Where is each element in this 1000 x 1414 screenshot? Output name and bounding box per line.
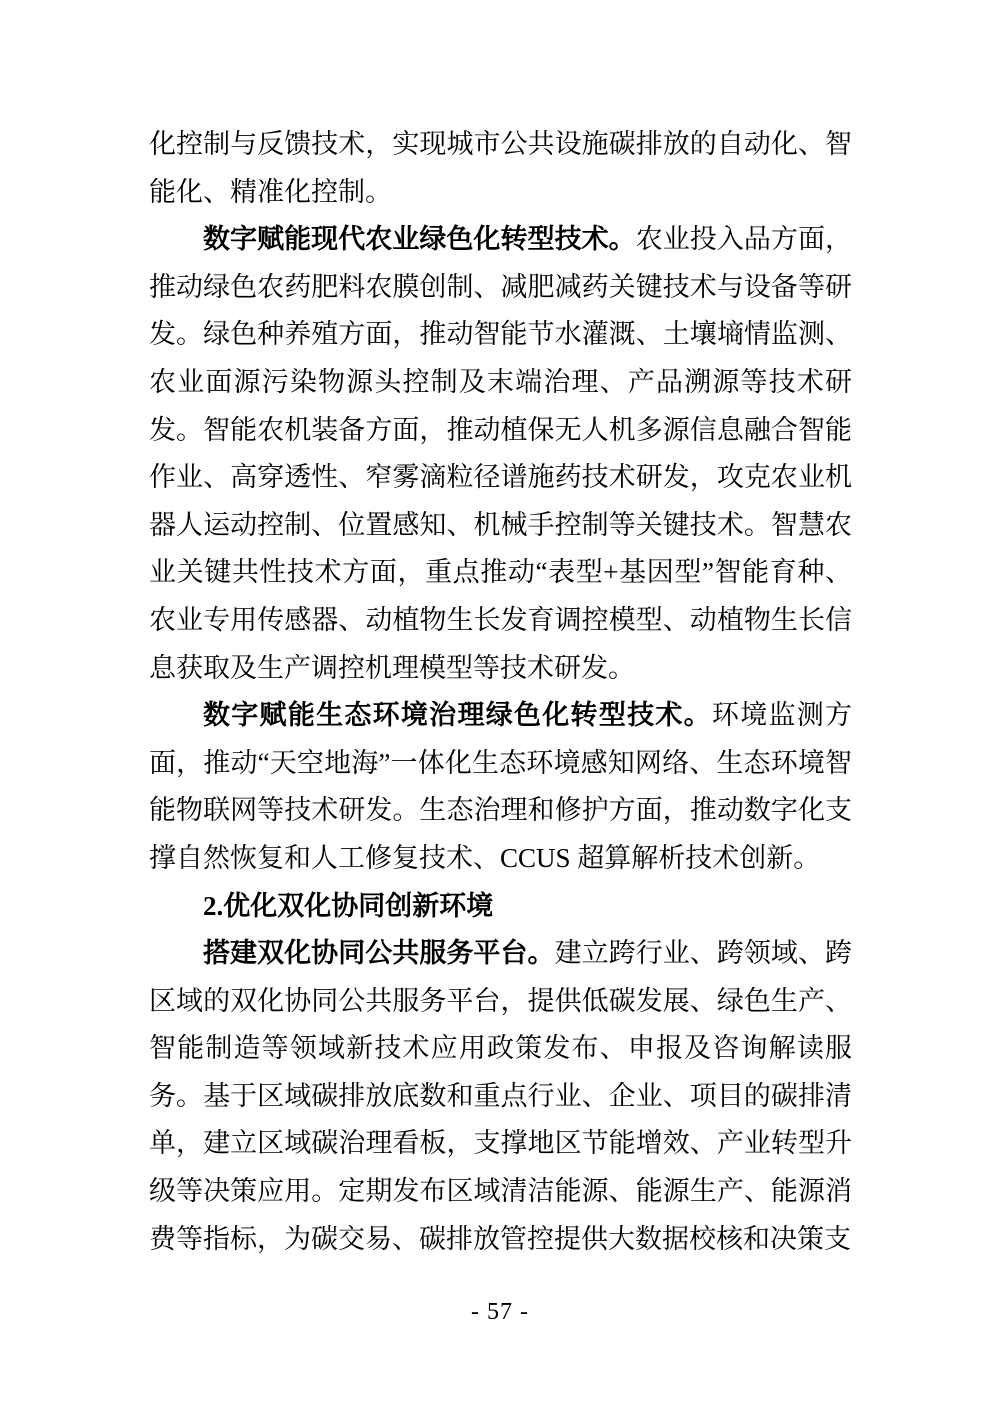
paragraph-service-platform: 搭建双化协同公共服务平台。建立跨行业、跨领域、跨区域的双化协同公共服务平台，提供… [149,930,852,1263]
paragraph-body: 农业投入品方面，推动绿色农药肥料农膜创制、减肥减药关键技术与设备等研发。绿色种养… [149,224,852,682]
section-heading-text: 2.优化双化协同创新环境 [203,891,493,921]
paragraph-body: 化控制与反馈技术，实现城市公共设施碳排放的自动化、智能化、精准化控制。 [149,129,852,207]
document-body: 化控制与反馈技术，实现城市公共设施碳排放的自动化、智能化、精准化控制。 数字赋能… [149,121,852,1263]
paragraph-lead: 搭建双化协同公共服务平台。 [203,938,555,968]
paragraph-eco-environment-tech: 数字赋能生态环境治理绿色化转型技术。环境监测方面，推动“天空地海”一体化生态环境… [149,692,852,882]
paragraph-body: 建立跨行业、跨领域、跨区域的双化协同公共服务平台，提供低碳发展、绿色生产、智能制… [149,938,852,1254]
paragraph-lead: 数字赋能现代农业绿色化转型技术。 [203,224,636,254]
paragraph-continuation: 化控制与反馈技术，实现城市公共设施碳排放的自动化、智能化、精准化控制。 [149,121,852,216]
section-heading: 2.优化双化协同创新环境 [149,883,852,931]
page-number: - 57 - [0,1297,1000,1327]
document-page: 化控制与反馈技术，实现城市公共设施碳排放的自动化、智能化、精准化控制。 数字赋能… [0,0,1000,1414]
paragraph-agriculture-tech: 数字赋能现代农业绿色化转型技术。农业投入品方面，推动绿色农药肥料农膜创制、减肥减… [149,216,852,692]
paragraph-lead: 数字赋能生态环境治理绿色化转型技术。 [203,700,712,730]
